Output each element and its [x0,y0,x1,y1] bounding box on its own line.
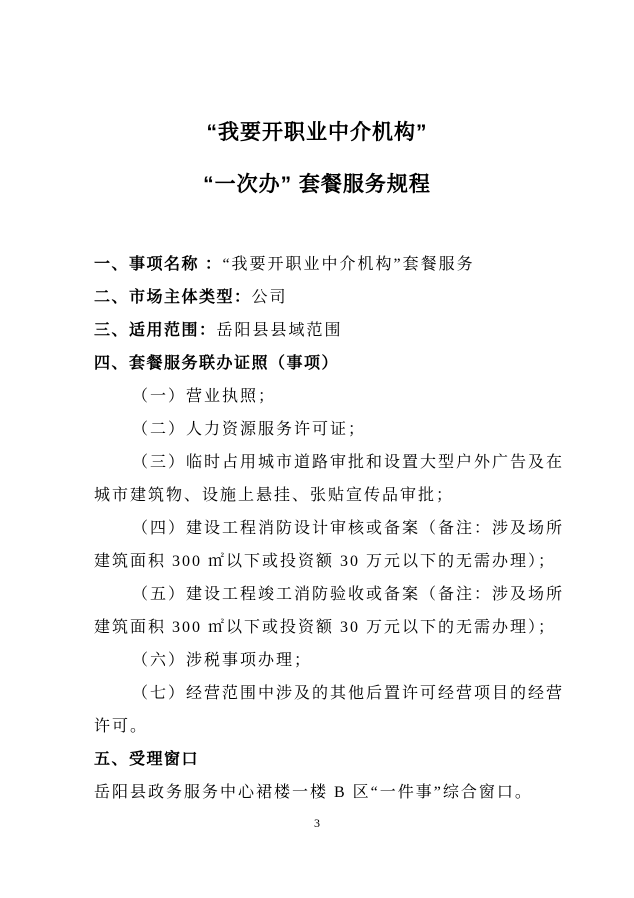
field-item-name: 一、事项名称 ：“我要开职业中介机构”套餐服务 [94,248,559,281]
section4-heading: 四、套餐服务联办证照（事项） [94,347,559,380]
section4-line-5a: （五）建设工程竣工消防验收或备案（备注：涉及场所 [94,578,559,611]
document-title-line1: “我要开职业中介机构” [0,119,634,147]
field-scope-value: 岳阳县县域范围 [217,322,343,339]
page-number: 3 [0,816,634,830]
document-title-block: “我要开职业中介机构” “一次办” 套餐服务规程 [0,0,634,199]
section4-line-1: （一）营业执照； [94,380,559,413]
section4-line-6: （六）涉税事项办理； [94,644,559,677]
document-page: “我要开职业中介机构” “一次办” 套餐服务规程 一、事项名称 ：“我要开职业中… [0,0,634,898]
field-entity-type: 二、市场主体类型：公司 [94,281,559,314]
section4-line-4b: 建筑面积 300 ㎡以下或投资额 30 万元以下的无需办理）； [94,545,559,578]
field-entity-type-label: 二、市场主体类型： [94,289,252,306]
document-body: 一、事项名称 ：“我要开职业中介机构”套餐服务 二、市场主体类型：公司 三、适用… [94,248,559,809]
field-scope-label: 三、适用范围： [94,322,217,339]
field-item-name-value: “我要开职业中介机构”套餐服务 [222,256,474,273]
section5-content: 岳阳县政务服务中心裙楼一楼 B 区“一件事”综合窗口。 [94,776,559,809]
section4-line-7a: （七）经营范围中涉及的其他后置许可经营项目的经营 [94,677,559,710]
field-item-name-label: 一、事项名称 ： [94,256,222,273]
document-title-line2: “一次办” 套餐服务规程 [0,171,634,199]
section4-line-5b: 建筑面积 300 ㎡以下或投资额 30 万元以下的无需办理）； [94,611,559,644]
section4-line-4a: （四）建设工程消防设计审核或备案（备注：涉及场所 [94,512,559,545]
field-scope: 三、适用范围：岳阳县县域范围 [94,314,559,347]
section4-line-7b: 许可。 [94,710,559,743]
section5-heading: 五、受理窗口 [94,743,559,776]
section4-line-3a: （三）临时占用城市道路审批和设置大型户外广告及在 [94,446,559,479]
section4-line-3b: 城市建筑物、设施上悬挂、张贴宣传品审批； [94,479,559,512]
field-entity-type-value: 公司 [252,289,288,306]
section4-line-2: （二）人力资源服务许可证； [94,413,559,446]
